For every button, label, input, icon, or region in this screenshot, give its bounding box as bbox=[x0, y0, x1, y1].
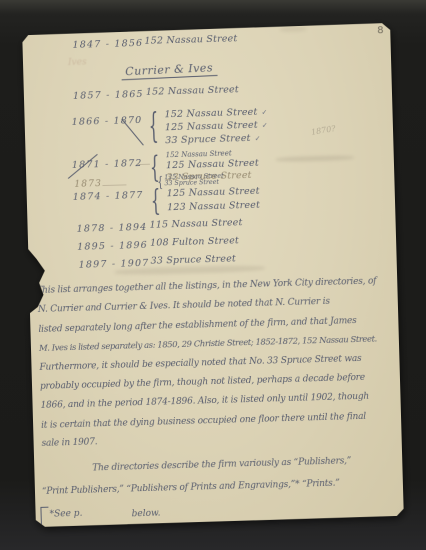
address: 152 Nassau Street bbox=[144, 33, 237, 47]
year-range: 1878 - 1894 bbox=[77, 222, 148, 235]
opening-brace: { bbox=[148, 105, 159, 149]
paragraph-line: sale in 1907. bbox=[42, 437, 98, 449]
year-range: 1874 - 1877 bbox=[73, 190, 144, 203]
address: 108 Fulton Street bbox=[150, 235, 239, 248]
paragraph-line: The directories describe the firm variou… bbox=[92, 456, 351, 473]
erased-pencil-word: Ives bbox=[68, 57, 87, 68]
paragraph-line: M. Ives is listed separately as: 1850, 2… bbox=[39, 334, 377, 353]
address-text: 152 Nassau Street bbox=[164, 107, 257, 121]
paragraph-line: This list arranges together all the list… bbox=[36, 276, 376, 295]
year-range: 1847 - 1856 bbox=[72, 38, 143, 51]
footnote-see-text: See p. bbox=[54, 509, 83, 520]
address: 125 Nassau Street✓ bbox=[165, 119, 268, 133]
leader-dash bbox=[102, 184, 126, 186]
footnote-bracket bbox=[40, 507, 49, 530]
paragraph-line: “Print Publishers,” “Publishers of Print… bbox=[42, 479, 340, 497]
footnote-see: *See p. bbox=[49, 509, 82, 520]
address-text: 33 Spruce Street bbox=[165, 133, 251, 146]
manuscript-page: 8 1847 - 1856 152 Nassau Street Ives Cur… bbox=[22, 23, 404, 527]
address: 152 Nassau Street✓ bbox=[164, 106, 267, 120]
year-range: 1857 - 1865 bbox=[73, 89, 144, 102]
address-text: 125 Nassau Street bbox=[165, 120, 258, 134]
address: 115 Nassau Street bbox=[149, 217, 242, 231]
paragraph-line: N. Currier and Currier & Ives. It should… bbox=[38, 297, 330, 315]
address: 125 Nassau Street bbox=[167, 186, 260, 200]
footnote-below: below. bbox=[132, 509, 161, 520]
year-range: 1866 - 1870 bbox=[72, 115, 143, 128]
list-heading: Currier & Ives bbox=[121, 61, 217, 80]
paragraph-line: it is certain that the dying business oc… bbox=[41, 412, 366, 431]
address: 152 Nassau Street bbox=[146, 84, 239, 98]
photo-background: 8 1847 - 1856 152 Nassau Street Ives Cur… bbox=[0, 0, 426, 550]
paragraph-line: listed separately long after the establi… bbox=[38, 316, 356, 335]
check-icon: ✓ bbox=[261, 108, 267, 116]
paragraph-line: probably occupied by the firm, though no… bbox=[40, 373, 365, 392]
leader-dash bbox=[138, 164, 150, 165]
address: 33 Spruce Street bbox=[150, 253, 236, 266]
page-number: 8 bbox=[377, 25, 384, 36]
faint-smudge-top bbox=[280, 26, 306, 32]
manuscript-page-wrap: 8 1847 - 1856 152 Nassau Street Ives Cur… bbox=[22, 23, 404, 527]
margin-pencil-note: 1870? bbox=[310, 124, 336, 137]
erased-smudge bbox=[276, 155, 354, 162]
address: 123 Nassau Street bbox=[167, 200, 260, 214]
year-range: 1873 bbox=[74, 179, 102, 190]
check-icon: ✓ bbox=[255, 135, 261, 143]
address: 33 Spruce Street✓ bbox=[165, 133, 261, 147]
year-range: 1895 - 1896 bbox=[77, 240, 148, 253]
opening-brace: { bbox=[150, 184, 161, 220]
paragraph-line: Furthermore, it should be especially not… bbox=[39, 354, 361, 373]
paragraph-line: 1866, and in the period 1874-1896. Also,… bbox=[40, 392, 369, 411]
check-icon: ✓ bbox=[262, 121, 268, 129]
